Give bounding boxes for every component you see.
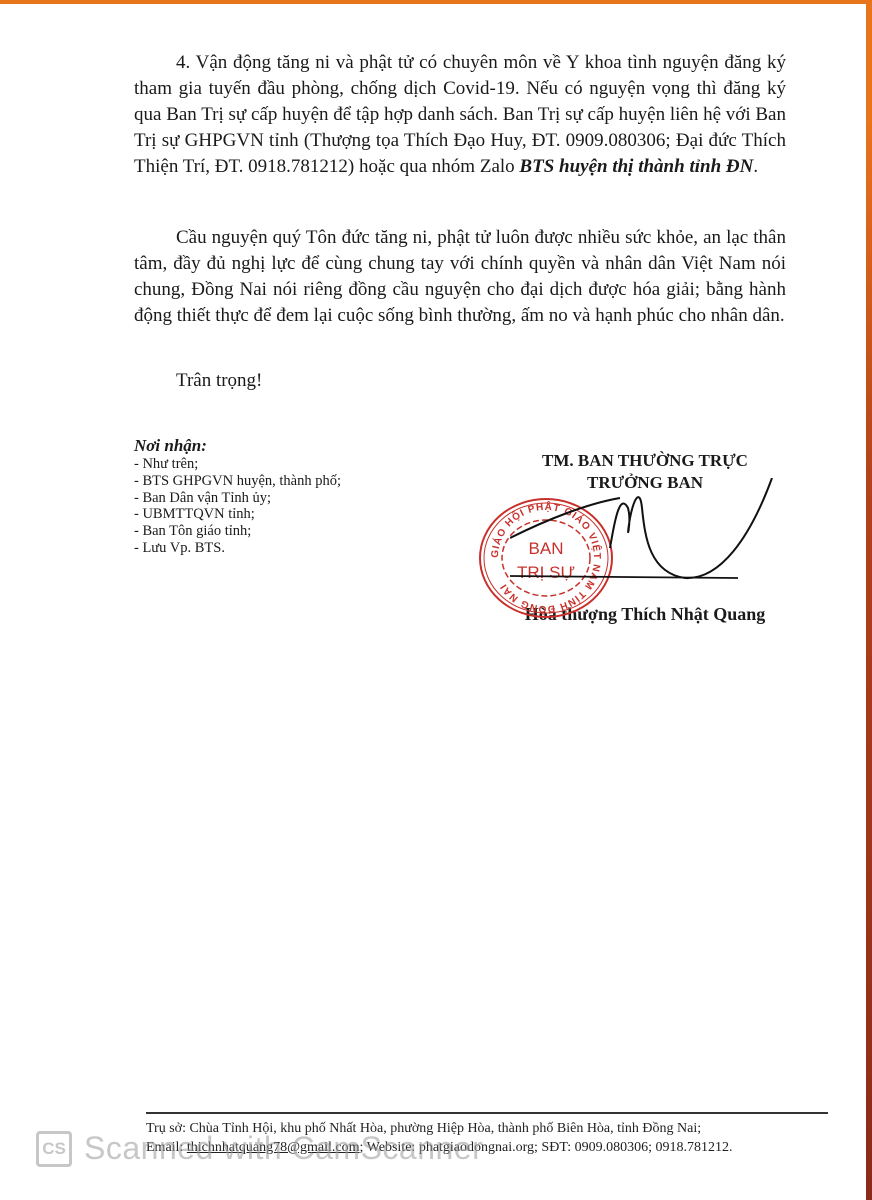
zalo-group-name: BTS huyện thị thành tỉnh ĐN (519, 156, 753, 177)
paragraph-prayer-text: Cầu nguyện quý Tôn đức tăng ni, phật tử … (134, 227, 786, 326)
closing-text: Trân trọng! (176, 370, 262, 392)
signature-title: TM. BAN THƯỜNG TRỰC (500, 450, 790, 472)
recipient-item: - Như trên; (134, 456, 341, 473)
watermark-text: Scanned with CamScanner (84, 1130, 483, 1167)
document-page: 4. Vận động tăng ni và phật tử có chuyên… (0, 0, 866, 1200)
paragraph-prayer: Cầu nguyện quý Tôn đức tăng ni, phật tử … (134, 225, 786, 329)
footer-divider (146, 1112, 828, 1114)
paragraph-item-4-end: . (753, 156, 758, 177)
recipients-heading: Nơi nhận: (134, 436, 341, 456)
recipient-item: - Ban Dân vận Tỉnh ủy; (134, 490, 341, 507)
recipient-item: - UBMTTQVN tỉnh; (134, 506, 341, 523)
recipient-item: - Lưu Vp. BTS. (134, 540, 341, 557)
recipients-list: Nơi nhận: - Như trên; - BTS GHPGVN huyện… (134, 436, 341, 557)
page-right-border (866, 0, 872, 1200)
phone-numbers: ; SĐT: 0909.080306; 0918.781212. (534, 1140, 732, 1155)
handwritten-signature-icon (510, 478, 780, 598)
recipient-item: - Ban Tôn giáo tỉnh; (134, 523, 341, 540)
camscanner-logo-icon: CS (36, 1131, 72, 1167)
recipient-item: - BTS GHPGVN huyện, thành phố; (134, 473, 341, 490)
camscanner-watermark: CS Scanned with CamScanner (36, 1130, 483, 1167)
paragraph-item-4: 4. Vận động tăng ni và phật tử có chuyên… (134, 50, 786, 180)
